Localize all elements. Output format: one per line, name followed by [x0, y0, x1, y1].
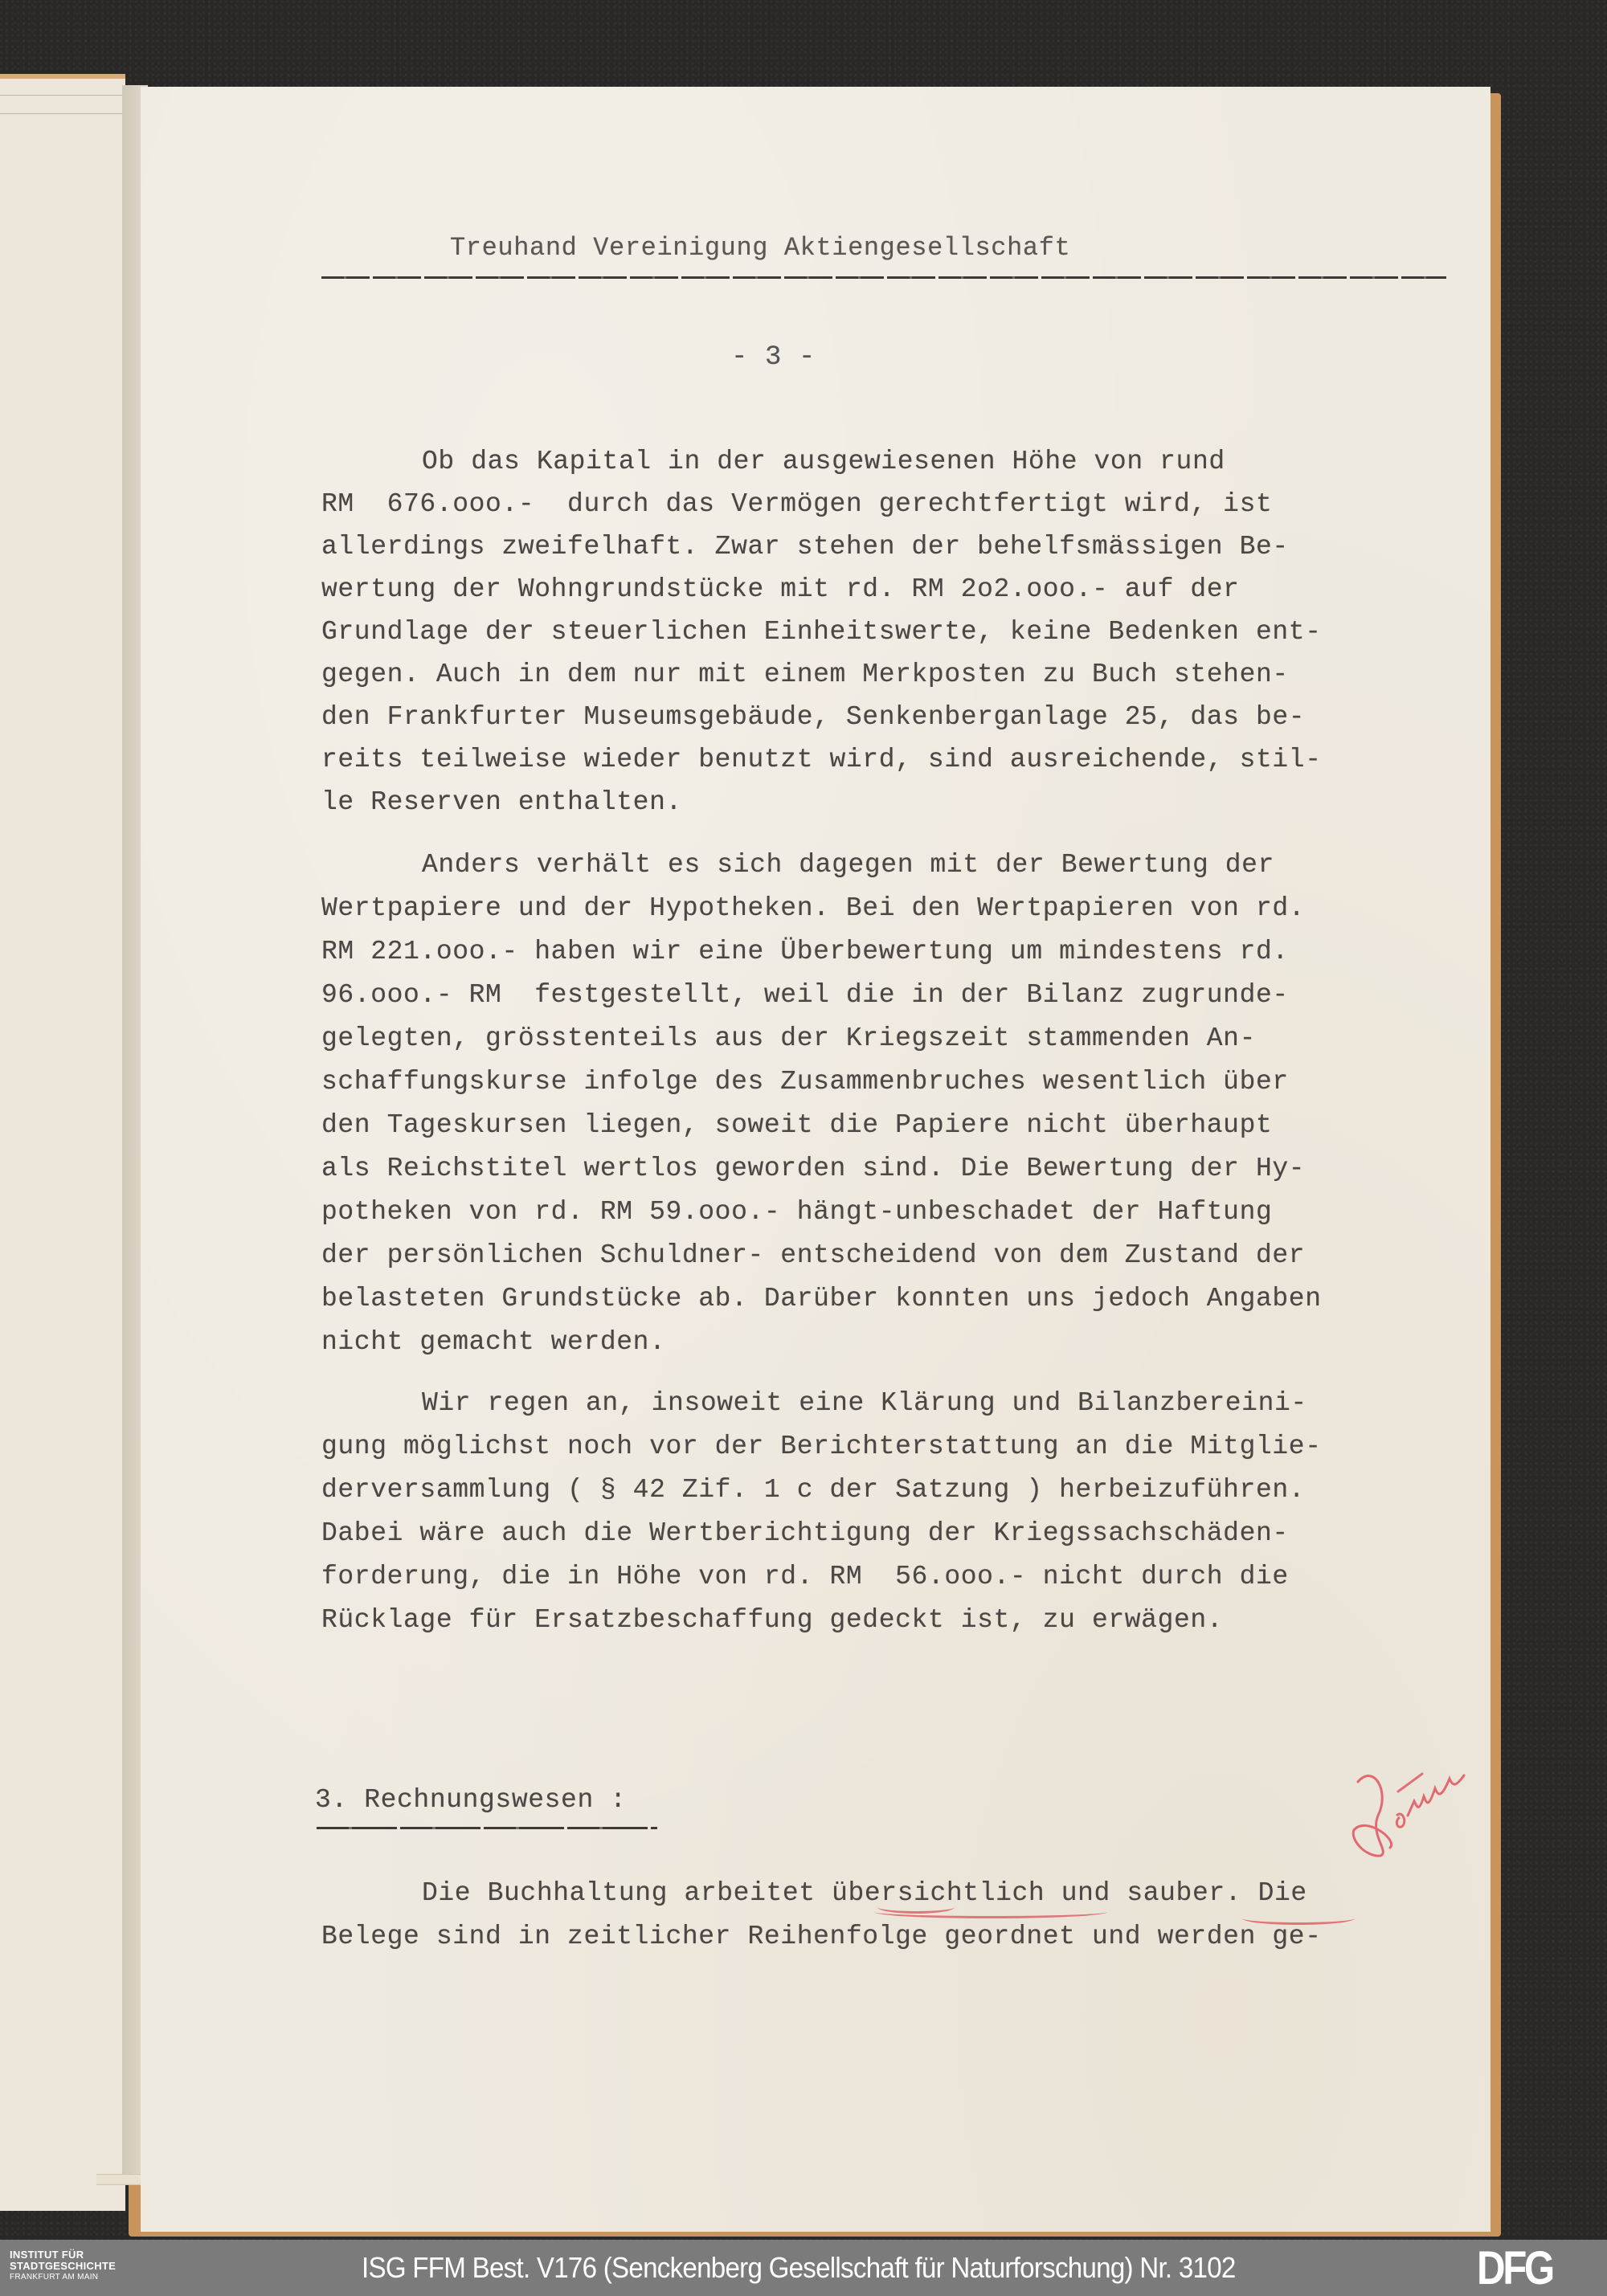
text-line: derversammlung ( § 42 Zif. 1 c der Satzu…	[321, 1475, 1305, 1505]
text-line: Die Buchhaltung arbeitet übersichtlich u…	[422, 1878, 1307, 1908]
text-line: Rücklage für Ersatzbeschaffung gedeckt i…	[321, 1605, 1223, 1635]
archive-reference-title: ISG FFM Best. V176 (Senckenberg Gesellsc…	[362, 2251, 1236, 2285]
text-line: RM 676.ooo.- durch das Vermögen gerechtf…	[321, 489, 1272, 519]
text-line: le Reserven enthalten.	[321, 787, 682, 817]
text-line: reits teilweise wieder benutzt wird, sin…	[321, 745, 1322, 774]
page-number: - 3 -	[731, 342, 816, 373]
text-line: als Reichstitel wertlos geworden sind. D…	[321, 1154, 1305, 1183]
dfg-logo-icon: DFG	[1477, 2248, 1552, 2290]
text-line: nicht gemacht werden.	[321, 1327, 665, 1357]
text-line: 96.ooo.- RM festgestellt, weil die in de…	[321, 980, 1289, 1010]
text-line: gegen. Auch in dem nur mit einem Merkpos…	[321, 660, 1289, 689]
text-line: schaffungskurse infolge des Zusammenbruc…	[321, 1067, 1289, 1097]
text-line: Belege sind in zeitlicher Reihenfolge ge…	[321, 1922, 1322, 1951]
text-line: der persönlichen Schuldner- entscheidend…	[321, 1240, 1305, 1270]
text-line: Ob das Kapital in der ausgewiesenen Höhe…	[422, 447, 1225, 476]
section-heading-underline	[317, 1827, 657, 1829]
page-edge-lines	[0, 95, 125, 114]
text-line: belasteten Grundstücke ab. Darüber konnt…	[321, 1284, 1322, 1313]
text-line: forderung, die in Höhe von rd. RM 56.ooo…	[321, 1562, 1289, 1591]
text-line: Wir regen an, insoweit eine Klärung und …	[422, 1388, 1307, 1418]
text-line: potheken von rd. RM 59.ooo.- hängt-unbes…	[321, 1197, 1272, 1227]
handwritten-initials-icon	[1334, 1759, 1486, 1864]
institute-name-line1: INSTITUT FÜR	[10, 2249, 116, 2261]
text-line: den Tageskursen liegen, soweit die Papie…	[321, 1110, 1272, 1140]
header-divider	[321, 276, 1446, 279]
section-heading: 3. Rechnungswesen :	[315, 1785, 627, 1815]
text-line: wertung der Wohngrundstücke mit rd. RM 2…	[321, 574, 1240, 604]
text-line: gelegten, grösstenteils aus der Kriegsze…	[321, 1023, 1256, 1053]
institute-location: FRANKFURT AM MAIN	[10, 2272, 116, 2283]
left-page-edge	[0, 74, 125, 2211]
text-line: Anders verhält es sich dagegen mit der B…	[422, 850, 1274, 880]
text-line: RM 221.ooo.- haben wir eine Überbewertun…	[321, 937, 1289, 966]
letterhead-title: Treuhand Vereinigung Aktiengesellschaft	[450, 233, 1070, 263]
institute-logo: INSTITUT FÜR STADTGESCHICHTE FRANKFURT A…	[10, 2249, 116, 2283]
text-line: den Frankfurter Museumsgebäude, Senkenbe…	[321, 702, 1305, 732]
text-line: gung möglichst noch vor der Berichtersta…	[321, 1432, 1322, 1461]
text-line: allerdings zweifelhaft. Zwar stehen der …	[321, 532, 1289, 562]
text-line: Grundlage der steuerlichen Einheitswerte…	[321, 617, 1322, 647]
text-line: Wertpapiere und der Hypotheken. Bei den …	[321, 893, 1305, 923]
institute-name-line2: STADTGESCHICHTE	[10, 2261, 116, 2272]
text-line: Dabei wäre auch die Wertberichtigung der…	[321, 1518, 1289, 1548]
archive-footer-bar: INSTITUT FÜR STADTGESCHICHTE FRANKFURT A…	[0, 2240, 1607, 2296]
